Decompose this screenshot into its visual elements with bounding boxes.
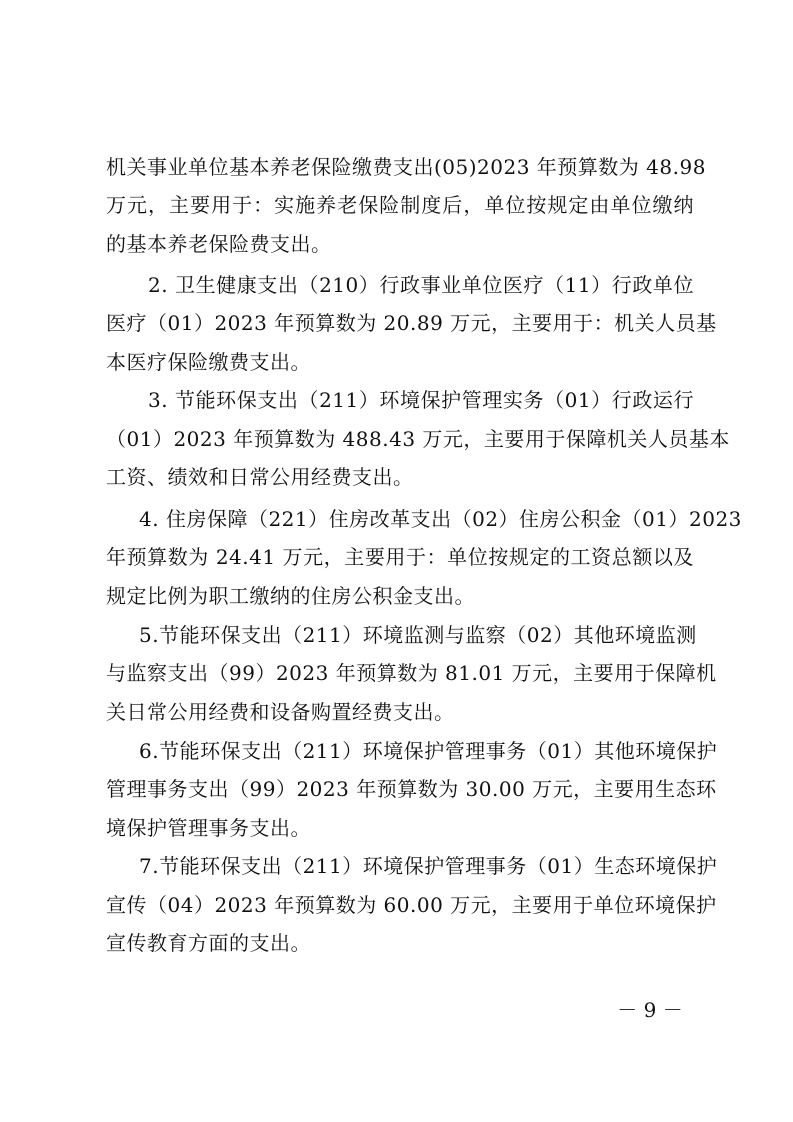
paragraph-1-line-2: 万元，主要用于：实施养老保险制度后，单位按规定由单位缴纳 — [106, 190, 694, 220]
paragraph-2-line-2: 医疗（01）2023 年预算数为 20.89 万元，主要用于：机关人员基 — [106, 308, 694, 338]
paragraph-1-line-1: 机关事业单位基本养老保险缴费支出(05)2023 年预算数为 48.98 — [106, 152, 694, 182]
paragraph-1-line-3: 的基本养老保险费支出。 — [106, 229, 694, 259]
paragraph-2-line-1: 2. 卫生健康支出（210）行政事业单位医疗（11）行政单位 — [148, 270, 694, 300]
page-number: － 9 － — [600, 994, 700, 1023]
paragraph-7-line-3: 宣传教育方面的支出。 — [106, 928, 694, 958]
paragraph-7-line-2: 宣传（04）2023 年预算数为 60.00 万元，主要用于单位环境保护 — [106, 890, 694, 920]
paragraph-5-line-2: 与监察支出（99）2023 年预算数为 81.01 万元，主要用于保障机 — [106, 658, 694, 688]
paragraph-4-line-1: 4. 住房保障（221）住房改革支出（02）住房公积金（01）2023 — [139, 504, 694, 534]
paragraph-3-line-2: （01）2023 年预算数为 488.43 万元，主要用于保障机关人员基本 — [106, 424, 694, 454]
paragraph-3-line-3: 工资、绩效和日常公用经费支出。 — [106, 462, 694, 492]
paragraph-4-line-3: 规定比例为职工缴纳的住房公积金支出。 — [106, 581, 694, 611]
paragraph-7-line-1: 7.节能环保支出（211）环境保护管理事务（01）生态环境保护 — [139, 851, 694, 881]
paragraph-5-line-3: 关日常公用经费和设备购置经费支出。 — [106, 697, 694, 727]
paragraph-6-line-3: 境保护管理事务支出。 — [106, 813, 694, 843]
paragraph-6-line-2: 管理事务支出（99）2023 年预算数为 30.00 万元，主要用生态环 — [106, 774, 694, 804]
paragraph-5-line-1: 5.节能环保支出（211）环境监测与监察（02）其他环境监测 — [139, 620, 694, 650]
paragraph-6-line-1: 6.节能环保支出（211）环境保护管理事务（01）其他环境保护 — [139, 736, 694, 766]
paragraph-2-line-3: 本医疗保险缴费支出。 — [106, 347, 694, 377]
document-page: 机关事业单位基本养老保险缴费支出(05)2023 年预算数为 48.98 万元，… — [0, 0, 793, 1122]
paragraph-4-line-2: 年预算数为 24.41 万元，主要用于：单位按规定的工资总额以及 — [106, 542, 694, 572]
paragraph-3-line-1: 3. 节能环保支出（211）环境保护管理实务（01）行政运行 — [148, 385, 694, 415]
